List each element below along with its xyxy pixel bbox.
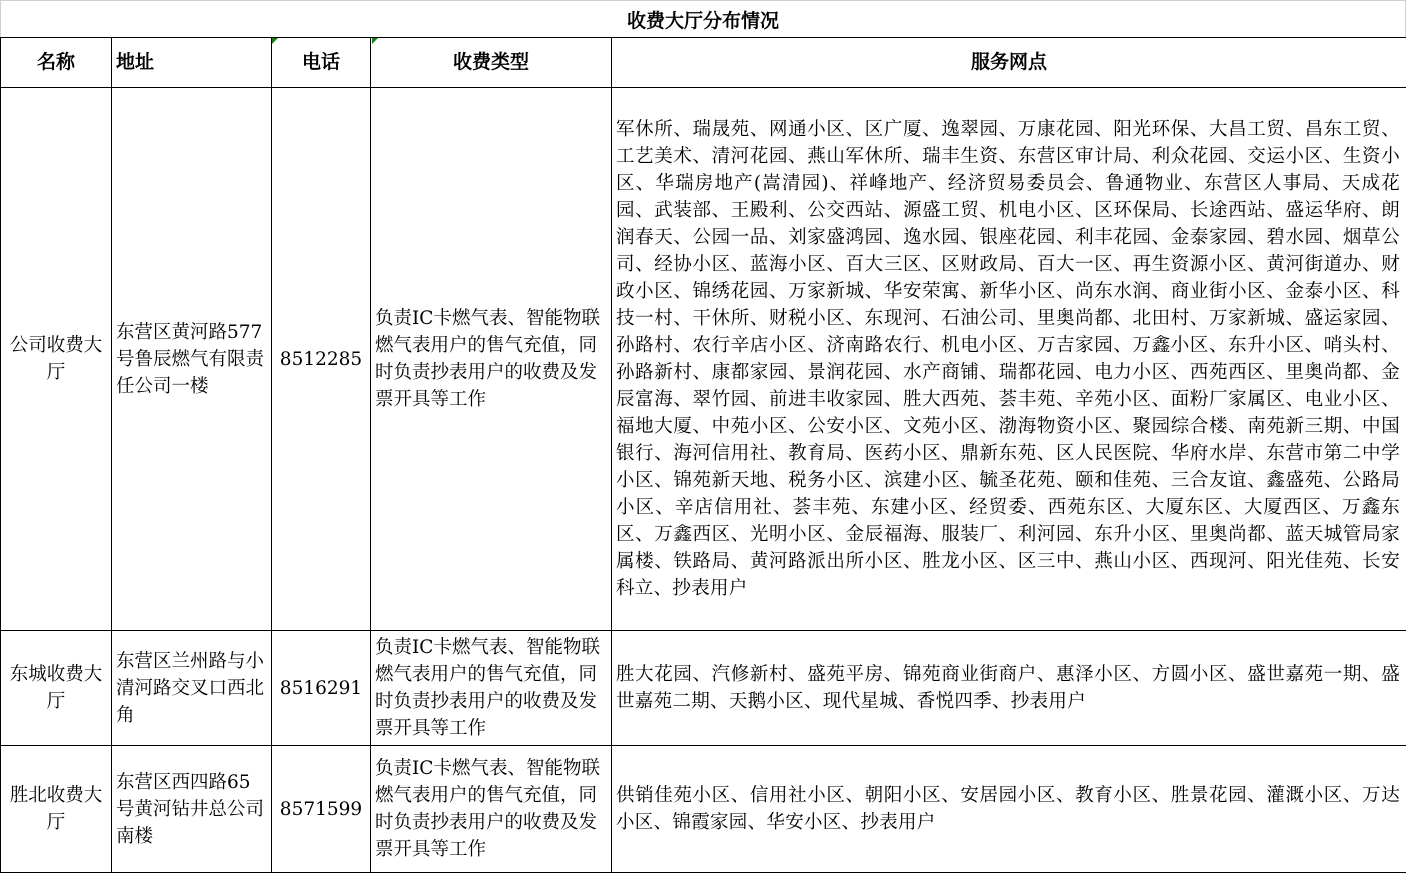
sites-text: 供销佳苑小区、信用社小区、朝阳小区、安居园小区、教育小区、胜景花园、灌溉小区、万… <box>616 785 1400 833</box>
sites-text: 军休所、瑞晟苑、网通小区、区广厦、逸翠园、万康花园、阳光环保、大昌工贸、昌东工贸… <box>616 119 1400 599</box>
cell-type[interactable]: 负责IC卡燃气表、智能物联燃气表用户的售气充值，同时负责抄表用户的收费及发票开具… <box>371 88 612 631</box>
comment-marker-icon[interactable] <box>372 38 378 44</box>
comment-marker-icon[interactable] <box>272 38 278 44</box>
cell-phone[interactable]: 8516291 <box>272 631 371 746</box>
header-sites[interactable]: 服务网点 <box>612 38 1406 88</box>
cell-sites[interactable]: 供销佳苑小区、信用社小区、朝阳小区、安居园小区、教育小区、胜景花园、灌溉小区、万… <box>612 746 1406 873</box>
table-row: 东城收费大厅 东营区兰州路与小清河路交叉口西北角 8516291 负责IC卡燃气… <box>1 631 1406 746</box>
header-row: 名称 地址 电话 收费类型 服务网点 <box>1 38 1406 88</box>
header-name[interactable]: 名称 <box>1 38 112 88</box>
header-type[interactable]: 收费类型 <box>371 38 612 88</box>
cell-sites[interactable]: 军休所、瑞晟苑、网通小区、区广厦、逸翠园、万康花园、阳光环保、大昌工贸、昌东工贸… <box>612 88 1406 631</box>
cell-name[interactable]: 胜北收费大厅 <box>1 746 112 873</box>
cell-type[interactable]: 负责IC卡燃气表、智能物联燃气表用户的售气充值，同时负责抄表用户的收费及发票开具… <box>371 746 612 873</box>
cell-type[interactable]: 负责IC卡燃气表、智能物联燃气表用户的售气充值，同时负责抄表用户的收费及发票开具… <box>371 631 612 746</box>
cell-phone[interactable]: 8512285 <box>272 88 371 631</box>
spreadsheet: 收费大厅分布情况 名称 地址 电话 收费类型 服务网点 公司收费大厅 东营区黄河… <box>0 0 1406 875</box>
table-row: 公司收费大厅 东营区黄河路577号鲁辰燃气有限责任公司一楼 8512285 负责… <box>1 88 1406 631</box>
cell-address[interactable]: 东营区兰州路与小清河路交叉口西北角 <box>112 631 272 746</box>
cell-phone[interactable]: 8571599 <box>272 746 371 873</box>
table-title: 收费大厅分布情况 <box>0 0 1406 38</box>
sites-text: 胜大花园、汽修新村、盛苑平房、锦苑商业街商户、惠泽小区、方圆小区、盛世嘉苑一期、… <box>616 664 1400 712</box>
header-phone[interactable]: 电话 <box>272 38 371 88</box>
table-row: 胜北收费大厅 东营区西四路65号黄河钻井总公司南楼 8571599 负责IC卡燃… <box>1 746 1406 873</box>
header-address[interactable]: 地址 <box>112 38 272 88</box>
service-hall-table: 名称 地址 电话 收费类型 服务网点 公司收费大厅 东营区黄河路577号鲁辰燃气… <box>0 37 1406 873</box>
cell-name[interactable]: 公司收费大厅 <box>1 88 112 631</box>
cell-address[interactable]: 东营区西四路65号黄河钻井总公司南楼 <box>112 746 272 873</box>
cell-address[interactable]: 东营区黄河路577号鲁辰燃气有限责任公司一楼 <box>112 88 272 631</box>
cell-sites[interactable]: 胜大花园、汽修新村、盛苑平房、锦苑商业街商户、惠泽小区、方圆小区、盛世嘉苑一期、… <box>612 631 1406 746</box>
cell-name[interactable]: 东城收费大厅 <box>1 631 112 746</box>
